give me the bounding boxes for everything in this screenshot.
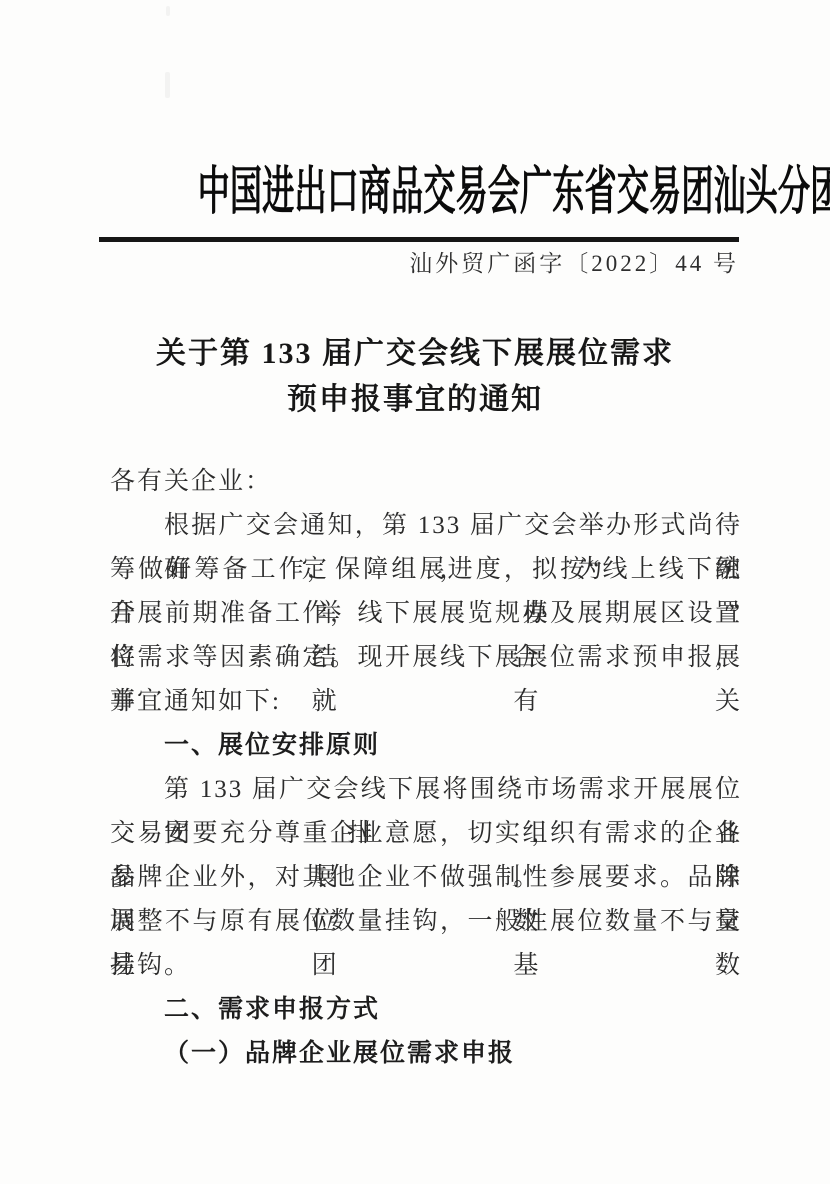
body-line: 品牌企业外，对其他企业不做强制性参展要求。品牌展位数量 [110, 856, 742, 900]
letterhead-organization-name: 中国进出口商品交易会广东省交易团汕头分团 [198, 162, 830, 222]
scan-artifact [166, 6, 170, 16]
document-page: 中国进出口商品交易会广东省交易团汕头分团 汕外贸广函字〔2022〕44 号 关于… [0, 0, 830, 1184]
letterhead-rule [99, 237, 739, 242]
body-line: 调整不与原有展位数量挂钩，一般性展位数量不与交易团基数 [110, 900, 742, 944]
letterhead: 中国进出口商品交易会广东省交易团汕头分团 [0, 162, 830, 222]
scan-artifact [165, 72, 170, 98]
body-line: 一、展位安排原则 [110, 724, 742, 768]
body-line: 第 133 届广交会线下展将围绕市场需求开展展位安排，各 [110, 768, 742, 812]
notice-title: 关于第 133 届广交会线下展展位需求 预申报事宜的通知 [0, 331, 830, 423]
body-line: 各有关企业： [110, 460, 742, 504]
body-line: 交易团要充分尊重企业意愿，切实组织有需求的企业参展。除 [110, 812, 742, 856]
body-line: 筹做好筹备工作，保障组展进度，拟按“线上线下融合举办” [110, 548, 742, 592]
notice-title-line1: 关于第 133 届广交会线下展展位需求 [0, 331, 830, 377]
body-line: 位需求等因素确定。现开展线下展展位需求预申报，并就有关 [110, 636, 742, 680]
document-number: 汕外贸广函字〔2022〕44 号 [99, 247, 739, 281]
body-line: 开展前期准备工作，线下展展览规模及展期展区设置将结合展 [110, 592, 742, 636]
notice-title-line2: 预申报事宜的通知 [0, 377, 830, 423]
notice-body: 各有关企业：根据广交会通知，第 133 届广交会举办形式尚待确定，为统筹做好筹备… [110, 460, 742, 1076]
body-line: 根据广交会通知，第 133 届广交会举办形式尚待确定，为统 [110, 504, 742, 548]
body-line: （一）品牌企业展位需求申报 [110, 1032, 742, 1076]
body-line: 二、需求申报方式 [110, 988, 742, 1032]
